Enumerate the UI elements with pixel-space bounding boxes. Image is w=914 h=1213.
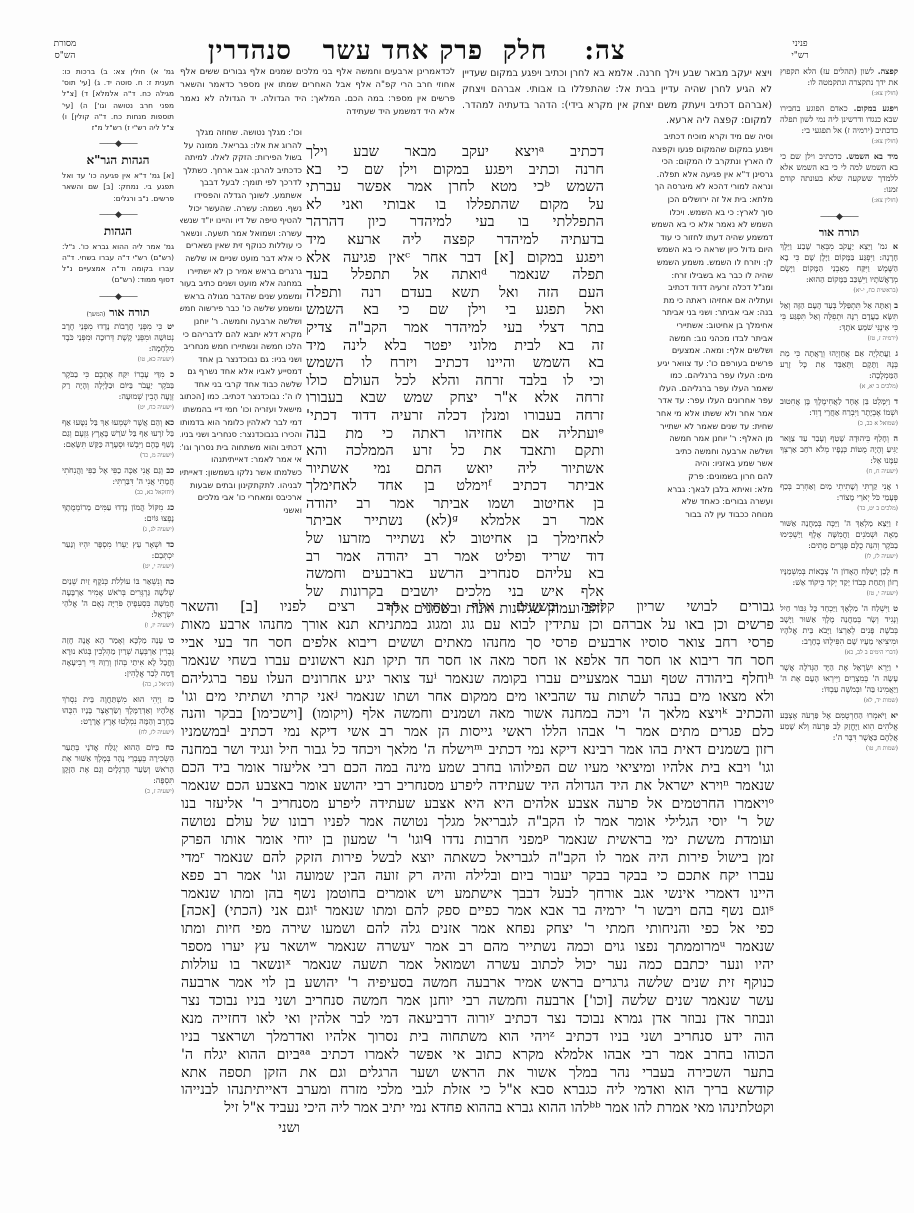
commentary-line: ארכיבס ומאחרי כו' אבי מלכים [180,491,302,504]
verse-marker: כח [159,742,174,752]
verse-text: וַיְהִי הוּא מִשְׁתַּחֲוֶה בֵּית נִסְרֹך… [62,695,174,726]
gemara-line: בא השמש והיינו דכתיב ויזרח לו השמש [306,354,604,372]
verse-text: אֲנִי קַרְתִּי וְשָׁתִיתִי מַיִם וְאַחְר… [780,482,898,502]
gemara-line: ויפגע במקום [א] דבר אחר ᶜאין פגיעה אלא [306,249,604,267]
commentary-line: ונראה למורי דהכא לא מיגרסה הך [608,180,773,193]
commentary-line: כשלמתו אשר נלקו בשמשון: דאייתיתנהו [180,466,302,479]
gemara-line: הכוהו בחרב אמר רבי אבהו אלמלא מקרא כתוב … [181,1047,774,1065]
commentary-line: עפר אחרונים העלו עפר: עד אדר [608,394,773,407]
ornament-divider: ——◆—— [62,210,174,220]
commentary-line: מלא: ואיתא בלבן לבאך: גברא [608,483,773,496]
verse-source-ref: (ישעיה י, טז) [780,588,898,599]
gemara-line: פרסי רחב צואר סוסיו ארבעים פרסי סך מחנהו… [181,635,774,653]
verse-text: בַּיּוֹם הַהוּא יְגַלַּח אֲדֹנָי בְּתַעַ… [62,743,174,785]
gemara-line: אמר רב אלמלא ᵍ(לא) נשתייר אביתר [306,512,604,530]
commentary-line: מקרא דלא יתבא להם לדבריהם כי [180,328,302,341]
verse-text: מִקּוֹל הֲמוֹן נָדְדוּ עַמִּים מֵרוֹמְמֻ… [62,503,174,523]
verse-source-ref: (דברי הימים ב לב, כא) [780,647,898,658]
commentary-line: אשר שמע באזניו: והיה [608,457,773,470]
commentary-line: מים: העלו עפר ברגליהם. כמו [608,369,773,382]
verse-source-ref: (חולין צא:) [780,136,898,147]
commentary-line: גרגרים בראש אמיר כן לא ישתיירו [180,265,302,278]
commentary-line: הלכו חמשה ונשתיירו חמש מנחריב [180,340,302,353]
commentary-line: אשתמע. לשונך הגדלה והפסידו [180,189,302,202]
verse-entry: ט וַיִּשְׁלַח ה' מַלְאָךְ וַיַּכְחֵד כָּ… [780,603,898,658]
verse-source-ref: (יחזקאל כא, כב) [62,487,174,498]
commentary-line: שחית: עד שנים שאמר לא ישתייר [608,420,773,433]
gemara-line: זרחה בעבורו ומנלן דכלה זרעיה דדוד דכתי' [306,407,604,425]
commentary-line: אביתר לבדו מכהני נוב: חמשה [608,332,773,345]
verse-entry: ג וַעֲתַלְיָה אֵם אֲחַזְיָהוּ וְרָאֲתָה … [780,348,898,392]
verse-text: מִדֵּי עָבְרוֹ יִקַּח אֶתְכֶם כִּי בַבֹּ… [62,370,174,401]
hagahot-title: הגהות [62,224,174,239]
verse-marker: ו [891,481,898,491]
gemara-line: יהיו ונער יכתבם כמה נער יכול לכתוב עשרה … [181,957,774,975]
verse-source-ref: (ישעיה ז, כ) [62,786,174,797]
commentary-line: דכתיב והוא משתחוה בית נסרוך וגו': [180,441,302,454]
verse-entry: כב וְגַם אֲנִי אַכֶּה כַפִּי אֶל כַּפִּי… [62,465,174,498]
verse-source-ref: (דניאל ג, כה) [62,679,174,690]
gemara-line: זרחה אלא א"ר יצחק שמש שבא בעבורו [306,389,604,407]
commentary-line: ושני בניו: גם נבוכדנצר בן אחד [180,353,302,366]
verse-entry: כא וְהֵם אֲשֶׁר יִשְׁמְעוּ אַךְ בַּל נִט… [62,417,174,461]
gemara-line: וגו' ויבא בית אלהיו ומיציאי מעיו שם הפיל… [181,760,774,778]
verse-source-ref: (ישעיה יז, ו) [62,620,174,631]
verse-entry: כח בַּיּוֹם הַהוּא יְגַלַּח אֲדֹנָי בְּת… [62,742,174,797]
verse-text: וְהֵם אֲשֶׁר יִשְׁמְעוּ אַךְ בַּל נִטָּע… [62,418,174,449]
torah-or-title-left: תורה אור (המשך) [62,306,174,319]
verse-marker: כב [163,465,174,475]
verse-text: וַיַּרְא יִשְׂרָאֵל אֶת הַיָּד הַגְּדֹלָ… [780,663,898,694]
verse-source-ref: (ישעיה כא, טו) [62,354,174,365]
verse-marker: ח [890,566,898,576]
gemara-line: הוה ידע סנחריב ושני בניו דכתיב ᶻויהי הוא… [181,1029,774,1047]
pninei-label-line1: פניני [775,38,825,50]
commentary-line: בנה: אבי אביתר: ושני בני אביתר [608,306,773,319]
verse-entry: ה וְחָלַף בִּיהוּדָה שָׁטַף וְעָבַר עַד … [780,433,898,477]
verse-text: וַיֹּאמְרוּ הַחַרְטֻמִּם אֶל פַּרְעֹה אֶ… [780,711,898,742]
commentary-line: כי אלא דבר מועט שניים או שלשה [180,252,302,265]
verse-marker: ה [889,433,898,443]
commentary-line: ומשמע שלשה כו' כבר פירשוה חמשה [180,302,302,315]
gemara-line: אלף איש בני מלכים יושבים בקרונות של [306,583,604,601]
hagahot-gra-notes: [א] גמ' ד"א אין פגיעה כו' עד ואל תפגע בי… [62,170,174,204]
commentary-line: לן: ויזרח לו השמש. משמע השמש [608,256,773,269]
commentary-line: ועתליה אם אחזיהו ראתה כי מת [608,294,773,307]
verse-text: וּשְׁאָר עֵץ יַעְרוֹ מִסְפָּר יִהְיוּ וְ… [62,540,174,560]
masoret-hashas-notes: גמ' א) חולין צא: ב) ברכות כו: תענית ז: ח… [62,66,174,133]
verse-text: וַיֵּצֵא מַלְאַךְ ה' וַיַּכֶּה בְּמַחֲנֵ… [780,519,898,550]
commentary-line: אי אמר לאמר: דאייתיתנהו [180,453,302,466]
commentary-line: לדרכך לפי תומך: לבעל דבבך [180,176,302,189]
verse-source-ref: (חולין צא:) [780,195,898,206]
gemara-line: ʰוחלף ביהודה שטף ועבר אמצעיים עברו בקומה… [181,671,774,689]
gemara-line: ולא מצאו מים בנהר לשתות עד שהביאו מים ממ… [181,689,774,707]
verse-text: לָכֵן יְשַׁלַּח הָאָדוֹן ה' צְבָאוֹת בְּ… [780,567,898,587]
verse-text: וְנִשְׁאַר בּוֹ עוֹלֵלֹת כְּנֹקֶף זַיִת … [62,577,174,619]
commentary-line: גרסינן ד"א אין פגיעה אלא תפלה. [608,168,773,181]
commentary-line: כי עוללות כנוקף זית שאין נשארים [180,239,302,252]
verse-source-ref: (ישעיה כח, יט) [62,402,174,413]
commentary-line: להם חרון בשמונים: פרק [608,470,773,483]
gemara-line: ᵉועתליה אם אחזיהו ראתה כי מת בנה [306,425,604,443]
commentary-line: דמסייע לאביו אלא אחד נשרף גם [180,365,302,378]
commentary-line: עשרה: ושמואל אמר תשעה. ונשארו [180,227,302,240]
commentary-line: מישאל ועזריה וכו' חמי דיי בהמשתו [180,403,302,416]
verse-marker: י [891,662,898,672]
gemara-line: ונבוזר אדן נבוזר אדן גמרא נבוכד נצר דכתי… [181,1011,774,1029]
commentary-line: דמשמע שהיה דעתו לחזור כי עוד [608,231,773,244]
ornament-divider: ——◆—— [62,139,174,149]
commentary-line: נשף. נשמה: עשרה. שהעשר יכול [180,202,302,215]
verse-entry: כו עָנֵה מַלְכָּא וְאָמַר הָא אֲנָה חָזֵ… [62,635,174,690]
gemara-line: כנוקף זית שנים שלשה גרגרים בראש אמיר ארב… [181,975,774,993]
gemara-line: בדעתיה למיהדר קפצה ליה ארעא מיד [306,231,604,249]
gemara-line: זה בא לבית מלוני יפטר בלא לינה מיד [306,337,604,355]
gemara-line: כלם פגרים מתים אמר ר' אבהו הללו ראשי גיי… [181,724,774,742]
commentary-line: וכו': מגלך נטושה. שחוזה מגלך [180,126,302,139]
verse-text: גמ' וַיֵּצֵא יַעֲקֹב מִבְּאֵר שָׁבַע וַי… [780,242,898,284]
verse-entry: כ מִדֵּי עָבְרוֹ יִקַּח אֶתְכֶם כִּי בַב… [62,369,174,413]
verse-entry: ויפגע במקום. כאדם הפוגע בחבירו שבא כנגדו… [780,103,898,147]
verse-marker: ז [891,518,898,528]
verse-marker: כה [162,576,174,586]
commentary-line: פרשים בעורפם כו': עד צוואר יגיע [608,357,773,370]
gemara-line: ותקם ותאבד את כל זרע הממלכה והא [306,442,604,460]
gemara-line: העם הזה ואל תשא בעדם רנה ותפלה [306,284,604,302]
gemara-line: דכתיב ᵃויצא יעקב מבאר שבע וילך [306,143,604,161]
gemara-line: תפלה שנאמר ᵈואתה אל תתפלל בעד [306,266,604,284]
gemara-line: ˢוגם נשף בהם ויבשו ר' ירמיה בר אבא אמר כ… [181,903,774,921]
gemara-line: רזון בשמנים דאית בהו אמר רבינא דיקא נמי … [181,742,774,760]
verse-marker: כג [163,502,174,512]
tractate-title: סנהדרין [160,36,340,66]
torah-or-title-right: תורה אור [780,226,898,239]
gemara-line: ואל תפגע בי וילן שם כי בא השמש [306,301,604,319]
commentary-line: כדכתיב להרגן: אגב ארחך. כשתלך [180,164,302,177]
verse-source-ref: (ישעיה לז, לח) [62,727,174,738]
verse-text: כִּי מִפְּנֵי חֲרָבוֹת נָדָדוּ מִפְּנֵי … [62,322,174,353]
gemara-line: זמן בישול פירות היה אמר לו הקב"ה לגבריאל… [181,850,774,868]
verse-entry: קפצה. לשון (תהלים עז) הלא תקפוץ את ידך נ… [780,66,898,99]
verse-marker: ב [891,300,898,310]
folio-number: צה: [570,36,640,66]
verse-marker: יא [887,710,898,720]
gemara-line: היינו דאמרי אינשי אגב אורחך לבעל דבבך אי… [181,886,774,904]
verse-marker: כו [163,635,174,645]
commentary-line: מנוחה ככבוד עין לה בבור [608,508,773,521]
commentary-line: השמש לא נאמר אלא כי בא השמש [608,218,773,231]
commentary-line: מן האלף: ר' יוחנן אמר חמשה [608,432,773,445]
verse-entry: כג מִקּוֹל הֲמוֹן נָדְדוּ עַמִּים מֵרוֹמ… [62,502,174,535]
commentary-line: ושלשים אלף: ומאה. אמצעים [608,344,773,357]
commentary-line: בשול הפירות: הזקק לאלו. למיתה [180,151,302,164]
verse-source-ref: (בראשית כח, י-יא) [780,285,898,296]
gemara-line: של ר' יוסי הגלילי אומר אמר לו הקב"ה לגבר… [181,814,774,832]
verse-source-ref: (שמואל א כב, כ) [780,418,898,429]
verse-entry: ו אֲנִי קַרְתִּי וְשָׁתִיתִי מַיִם וְאַח… [780,481,898,514]
verse-entry: יא וַיֹּאמְרוּ הַחַרְטֻמִּם אֶל פַּרְעֹה… [780,710,898,754]
gemara-line: דוד שריד ופליט אמר רב יהודה אמר רב [306,548,604,566]
verse-entry: כה וְנִשְׁאַר בּוֹ עוֹלֵלֹת כְּנֹקֶף זַי… [62,576,174,631]
commentary-line: אחימלך בן אחיטוב: אשתיירי [608,319,773,332]
verse-source-ref: (ירמיה ז, טז) [780,333,898,344]
commentary-line: היום גדול כיון שראה כי בא השמש [608,243,773,256]
verse-source-ref: (שמות יד, לא) [780,695,898,706]
commentary-line: ועשרה גבורים: כאחד שלא [608,495,773,508]
chapter-title: פרק אחד עשר [318,36,488,66]
gemara-line: שנאמר ⁿוירא ישראל את היד הגדולה היד שעתי… [181,778,774,796]
verse-entry: ד וַיִּמָּלֵט בֵּן אֶחָד לַאֲחִימֶלֶךְ ב… [780,396,898,429]
gemara-line: ועומדת מששת ימי בראשית שנאמר ᵖמפני חרבות… [181,832,774,850]
commentary-line: להטיף טיפה של דיו והיינו יו"ד שנשארו [180,214,302,227]
commentary-line: מלתא: בית אל זה ירושלים הכן [608,193,773,206]
torah-or-cont: (המשך) [86,311,105,318]
verse-marker: כא [162,417,174,427]
commentary-line: וסיה שם מיד וקרא מוכיח דכתיב [608,130,773,143]
gemara-line: לאחימלך בן אחיטוב לא נשתייר מזרעו של [306,530,604,548]
commentary-line: ואשני [180,504,302,517]
commentary-line: ומנ"ל דכלה זרעיה דדוד דכתיב [608,281,773,294]
verse-source-ref: (ישעיה ח, ח) [780,466,898,477]
ornament-divider: ——◆—— [780,212,898,222]
gemara-line: על מקום שהתפללו בו אבותי ואני לא [306,196,604,214]
pninei-rashi-label: פניני רש"י [775,38,825,62]
ornament-divider: ——◆—— [62,292,174,302]
gemara-line: אשתיור ליה יואש התם נמי אשתיור [306,460,604,478]
hagahot-notes: גמ' אמר ליה ההוא גברא כו'. נ"ל: (רש"ם) ר… [62,241,174,286]
gemara-line: עשר שנאמר שנים שלשה [וכו'] ארבעה וחמשה ר… [181,993,774,1011]
tosafot-inner-left: וכו': מגלך נטושה. שחוזה מגלךלהרוג את אלו… [180,126,302,516]
gemara-line: וקטלתינהו מאי אמרת להו אמר ᵇᵇלהו ההוא גב… [181,1100,774,1118]
verse-marker: יט [162,321,174,331]
verse-source-ref: (ישעיה לז, לו) [780,551,898,562]
verse-entry: א גמ' וַיֵּצֵא יַעֲקֹב מִבְּאֵר שָׁבַע ו… [780,241,898,296]
commentary-line: שאמר העלו עפר ברגליהם. העלו [608,382,773,395]
verse-marker: ויפגע במקום. [848,103,898,113]
rashi-inner-right: וסיה שם מיד וקרא מוכיח דכתיבויפגע במקום … [608,130,773,520]
verse-text: וְגַם אֲנִי אַכֶּה כַפִּי אֶל כַּפִּי וַ… [62,466,174,486]
chapter-name: חלק [480,36,570,66]
verse-source-ref: (שמות ח, טו) [780,743,898,754]
verse-entry: כז וַיְהִי הוּא מִשְׁתַּחֲוֶה בֵּית נִסְ… [62,694,174,738]
pninei-rashi-list: קפצה. לשון (תהלים עז) הלא תקפוץ את ידך נ… [780,66,898,206]
verse-marker: כ [165,369,174,379]
gemara-main-column: דכתיב ᵃויצא יעקב מבאר שבע וילךחרנה וכתיב… [306,143,604,618]
verse-source-ref: (מלכים ב יט, כד) [780,503,898,514]
gemara-line: חסר חד ריבוא או חסר חד אלפא או חסר מאה א… [181,653,774,671]
commentary-line: לו הארץ ונתקרב לו המקום: הכי [608,155,773,168]
verse-marker: ט [890,603,898,613]
verse-text: וְאַתָּה אַל תִּתְפַּלֵּל בְּעַד הָעָם ה… [780,301,898,332]
gemara-line: והכתיב ᵏויצא מלאך ה' ויכה במחנה אשור מאה… [181,706,774,724]
verse-source-ref: (ישעיה מ, כד) [62,450,174,461]
commentary-line: להרוג את אלו: גבריאל. ממונה על [180,139,302,152]
verse-entry: ז וַיֵּצֵא מַלְאַךְ ה' וַיַּכֶּה בְּמַחֲ… [780,518,898,562]
verse-source-ref: (חולין צא:) [780,88,898,99]
verse-text: וַיִּמָּלֵט בֵּן אֶחָד לַאֲחִימֶלֶךְ בֶּ… [780,397,898,417]
verse-source-ref: (ישעיה לג, ג) [62,524,174,535]
verse-text: עָנֵה מַלְכָּא וְאָמַר הָא אֲנָה חָזֵה ג… [62,636,174,678]
gemara-line: עברו יקח אתכם כי בבקר בבקר יעבור ביום וב… [181,868,774,886]
gemara-line: קודשא בריך הוא ואדמי ליה כגברא סבא א"ל כ… [181,1082,774,1100]
verse-marker: כז [161,694,174,704]
rashi-top-block: ויצא יעקב מבאר שבע וילך חרנה. אלמא בא לח… [462,66,772,129]
gemara-line: בן אחיטוב ושמו אביתר אמר רב יהודה [306,495,604,513]
gemara-line: בתר דצלי בעי למיהדר אמר הקב"ה צדיק [306,319,604,337]
hagahot-gra-title: הגהות הגר"א [62,153,174,168]
verse-text: וְחָלַף בִּיהוּדָה שָׁטַף וְעָבַר עַד צַ… [780,434,898,465]
verse-marker: ד [890,396,898,406]
verse-entry: ב וְאַתָּה אַל תִּתְפַּלֵּל בְּעַד הָעָם… [780,300,898,344]
masoret-label-line2: הש"ס [40,50,90,62]
catchword: ושני [250,1120,300,1138]
commentary-line: סוך לארץ: כי בא השמש. ויכלו [608,206,773,219]
commentary-line: במחנה אלא מועט ושנים כתיב בעורך [180,277,302,290]
gemara-line: גבורים לבושי שריון קליפה ובששים אלף אחוז… [181,599,774,617]
verse-entry: מיד בא השמש. כדכתיב וילן שם כי בא השמש ל… [780,151,898,206]
gemara-line: התפללתי בו בעי למיהדר כיון דהרהר [306,213,604,231]
commentary-line: והכירו בנבוכדנצר: סנחריב ושני בניו. [180,428,302,441]
tosafot-top-block: לכדאמרינן ארבעים וחמשה אלף בני מלכים שמנ… [180,66,455,120]
masoret-label-line1: מסורת [40,38,90,50]
verse-text: וַעֲתַלְיָה אֵם אֲחַזְיָהוּ וְרָאֲתָה כִ… [780,349,898,380]
verse-source-ref: (ישעיה י, יט) [62,561,174,572]
pninei-label-line2: רש"י [775,50,825,62]
gemara-line: אביתר דכתיב ᶠוימלט בן אחד לאחימלך [306,477,604,495]
gemara-line: כפי אל כפי והניחותי חמתי ר' יצחק נפחא אמ… [181,921,774,939]
verse-entry: כד וּשְׁאָר עֵץ יַעְרוֹ מִסְפָּר יִהְיוּ… [62,539,174,572]
commentary-line: ומשמע שנים שהדבר מגולה בראש [180,290,302,303]
verse-marker: א [887,241,898,251]
commentary-line: לבניהו. לתקתקינון ובתים שבעות [180,479,302,492]
commentary-line: לו ה': נבוכדנצר דכתיב. כמו [הכתוב] [180,390,302,403]
gemara-wide-block: גבורים לבושי שריון קליפה ובששים אלף אחוז… [181,599,774,1118]
verse-marker: מיד בא השמש. [842,151,898,161]
gemara-line: פרשים וכן באו על אברהם וכן עתידין לבוא ע… [181,617,774,635]
verse-source-ref: (מלכים ב יא, א) [780,381,898,392]
verse-entry: יט כִּי מִפְּנֵי חֲרָבוֹת נָדָדוּ מִפְּנ… [62,321,174,365]
left-margin: גמ' א) חולין צא: ב) ברכות כו: תענית ז: ח… [62,66,174,801]
commentary-line: אמר אחר ולא ששתו אלא מי אחר [608,407,773,420]
commentary-line: ושלשה ארבעה וחמשה כתיב [608,445,773,458]
masoret-hashas-label: מסורת הש"ס [40,38,90,62]
commentary-line: שהיה לו כבר בא בשבילו זרח: [608,269,773,282]
torah-or-right-list: א גמ' וַיֵּצֵא יַעֲקֹב מִבְּאֵר שָׁבַע ו… [780,241,898,754]
gemara-line: וכי לו בלבד זרחה והלא לכל העולם כולו [306,372,604,390]
verse-text: וַיִּשְׁלַח ה' מַלְאָךְ וַיַּכְחֵד כָּל … [780,604,898,646]
commentary-line: ויפגע במקום שהמקום פגעו וקפצה [608,143,773,156]
torah-or-title-text: תורה אור [109,306,149,319]
commentary-line: ושלשה ארבעה וחמשה. ר' יוחנן [180,315,302,328]
gemara-line: שנאמר ᵘמרוממתך נפצו גוים וכמה נשתייר מהם… [181,939,774,957]
verse-marker: כד [162,539,174,549]
gemara-line: השמש ᵇכי מטא לחרן אמר אפשר עברתי [306,178,604,196]
commentary-line: דמי לבר לאלהין כלומר הוא בדמותו [180,416,302,429]
gemara-line: ᵒויאמרו החרטמים אל פרעה אצבע אלהים היא ה… [181,796,774,814]
right-margin: קפצה. לשון (תהלים עז) הלא תקפוץ את ידך נ… [780,66,898,758]
verse-entry: ח לָכֵן יְשַׁלַּח הָאָדוֹן ה' צְבָאוֹת ב… [780,566,898,599]
gemara-line: חרנה וכתיב ויפגע במקום וילן שם כי בא [306,161,604,179]
commentary-line: שלשה כבוד אחד קרבי בני אחד [180,378,302,391]
torah-or-left-list: יט כִּי מִפְּנֵי חֲרָבוֹת נָדָדוּ מִפְּנ… [62,321,174,797]
gemara-line: בתער השכירה בעברי נהר במלך אשור את הראש … [181,1065,774,1083]
verse-entry: י וַיַּרְא יִשְׂרָאֵל אֶת הַיָּד הַגְּדֹ… [780,662,898,706]
verse-marker: ג [891,348,898,358]
verse-marker: קפצה. [874,66,898,76]
gemara-line: בא עליהם סנחריב הרשע בארבעים וחמשה [306,565,604,583]
